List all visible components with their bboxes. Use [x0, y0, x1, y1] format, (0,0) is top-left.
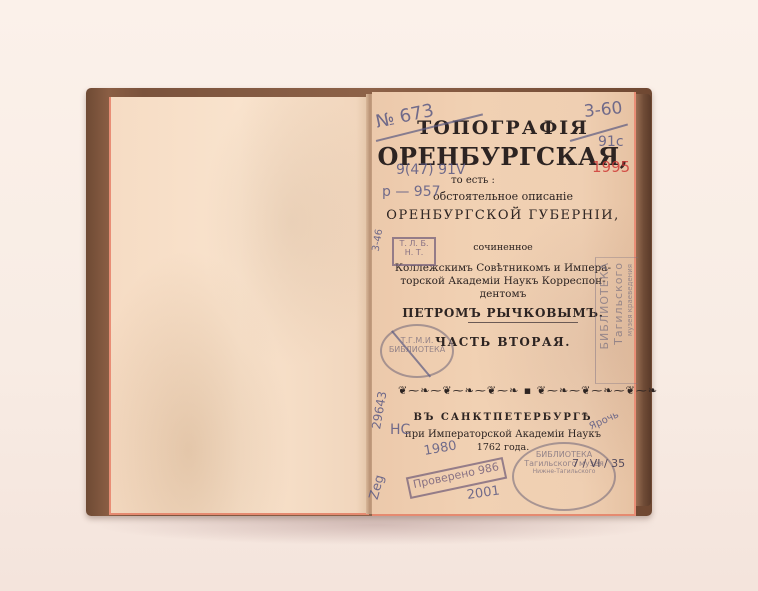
- author-underline: [468, 322, 578, 323]
- stamp-rect-line-2: Н. Т.: [394, 248, 434, 257]
- stamp-vertical-line-2: Тагильского: [612, 262, 625, 345]
- small-rect-stamp: Т. Л. Б. Н. Т.: [392, 237, 436, 266]
- ornament-divider: ❦⁓❧⁓❦⁓❧⁓❦⁓❧ ▪ ❦⁓❧⁓❦⁓❧⁓❦⁓❧: [398, 384, 608, 396]
- bottom-year-2: 2001: [466, 483, 501, 502]
- title-line-5: ОРЕНБУРГСКОЙ ГУБЕРНІИ,: [372, 208, 634, 223]
- margin-number: 29643: [369, 390, 389, 430]
- stamp-vertical-line-1: БИБЛИОТЕКА: [598, 262, 611, 349]
- handwritten-code: 3-60: [583, 98, 623, 122]
- handwritten-code-2: 91c: [598, 134, 624, 150]
- shelf-mark-1: 9(47) 91V: [396, 162, 466, 178]
- round-library-stamp: БИБЛИОТЕКА Тагильского музея Нижне-Тагил…: [512, 442, 616, 511]
- shelf-mark-2: р — 957: [382, 184, 441, 200]
- stamp-oval-text: БИБЛИОТЕКА: [382, 345, 452, 354]
- margin-mark: НС: [390, 422, 410, 438]
- title-page: ТОПОГРАФІЯ ОРЕНБУРГСКАЯ, то есть : обсто…: [372, 92, 636, 516]
- stamp-oval-top: Т.Г.М.И.: [382, 336, 452, 345]
- stamp-round-mark: 7 / VI / 35: [572, 457, 625, 470]
- stamp-check-number: 986: [477, 460, 500, 477]
- left-blank-page: [109, 97, 369, 515]
- stamp-rect-line-1: Т. Л. Б.: [394, 239, 434, 248]
- stamp-vertical-line-3: музея краеведения: [626, 264, 634, 336]
- oval-library-stamp: Т.Г.М.И. БИБЛИОТЕКА: [380, 324, 454, 378]
- handwritten-red-year: 1995: [592, 158, 630, 176]
- library-stamp-vertical: БИБЛИОТЕКА Тагильского музея краеведения: [595, 257, 638, 384]
